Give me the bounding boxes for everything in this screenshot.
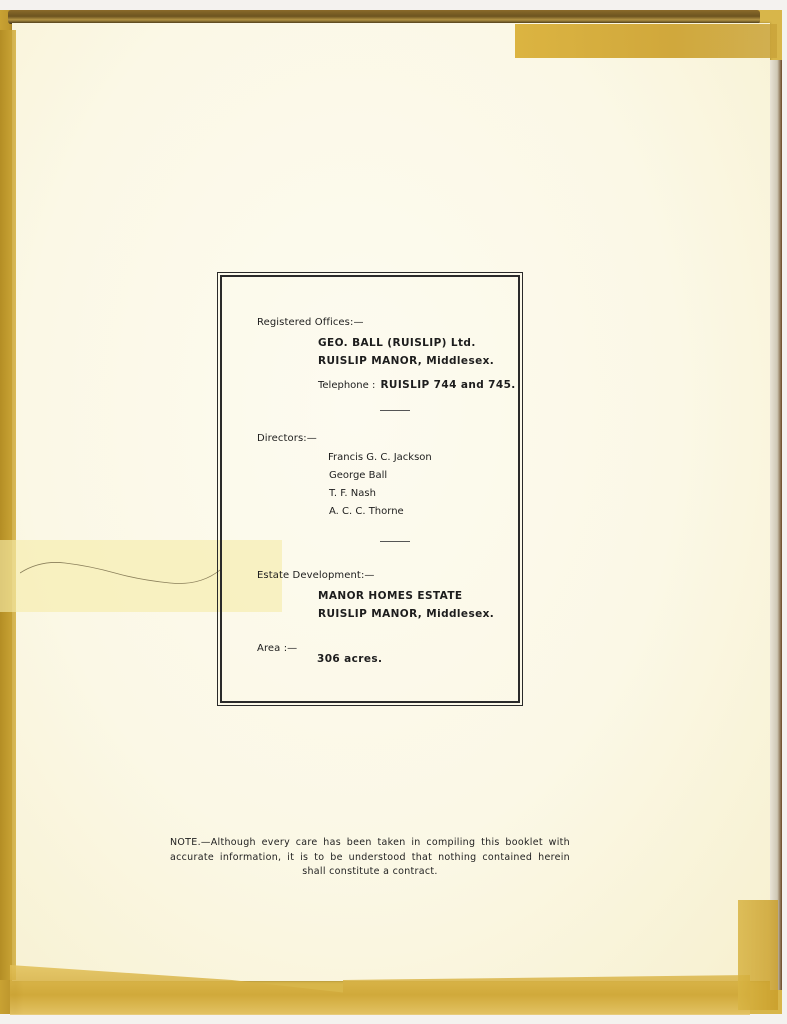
section-divider (380, 410, 410, 411)
disclaimer-note: NOTE.—Although every care has been taken… (170, 836, 570, 880)
telephone-line: Telephone : RUISLIP 744 and 745. (318, 373, 516, 392)
director-name: Francis G. C. Jackson (328, 452, 432, 463)
paper-crease (20, 555, 220, 585)
company-name: GEO. BALL (RUISLIP) Ltd. (318, 337, 476, 349)
tape-strip-left (0, 30, 16, 980)
director-name: A. C. C. Thorne (329, 506, 404, 517)
note-line: accurate information, it is to be unders… (170, 851, 570, 866)
directors-label: Directors:— (257, 433, 317, 444)
tape-strip-bottom-right (738, 900, 778, 1010)
note-line: shall constitute a contract. (170, 865, 570, 880)
director-name: T. F. Nash (329, 488, 376, 499)
director-name: George Ball (329, 470, 387, 481)
page-right-edge (770, 60, 782, 990)
booklet-spine-edge (8, 10, 760, 24)
telephone-value: RUISLIP 744 and 745. (380, 379, 515, 391)
estate-development-label: Estate Development:— (257, 570, 375, 581)
note-line: NOTE.—Although every care has been taken… (170, 836, 570, 851)
section-divider (380, 541, 410, 542)
estate-name: MANOR HOMES ESTATE (318, 590, 463, 602)
telephone-label: Telephone : (318, 380, 375, 391)
registered-offices-label: Registered Offices:— (257, 317, 364, 328)
office-address: RUISLIP MANOR, Middlesex. (318, 355, 494, 367)
area-value: 306 acres. (317, 653, 382, 665)
estate-address: RUISLIP MANOR, Middlesex. (318, 608, 494, 620)
company-info-box: Registered Offices:— GEO. BALL (RUISLIP)… (220, 275, 520, 703)
tape-strip-top-right (515, 24, 777, 58)
area-label: Area :— (257, 643, 297, 654)
